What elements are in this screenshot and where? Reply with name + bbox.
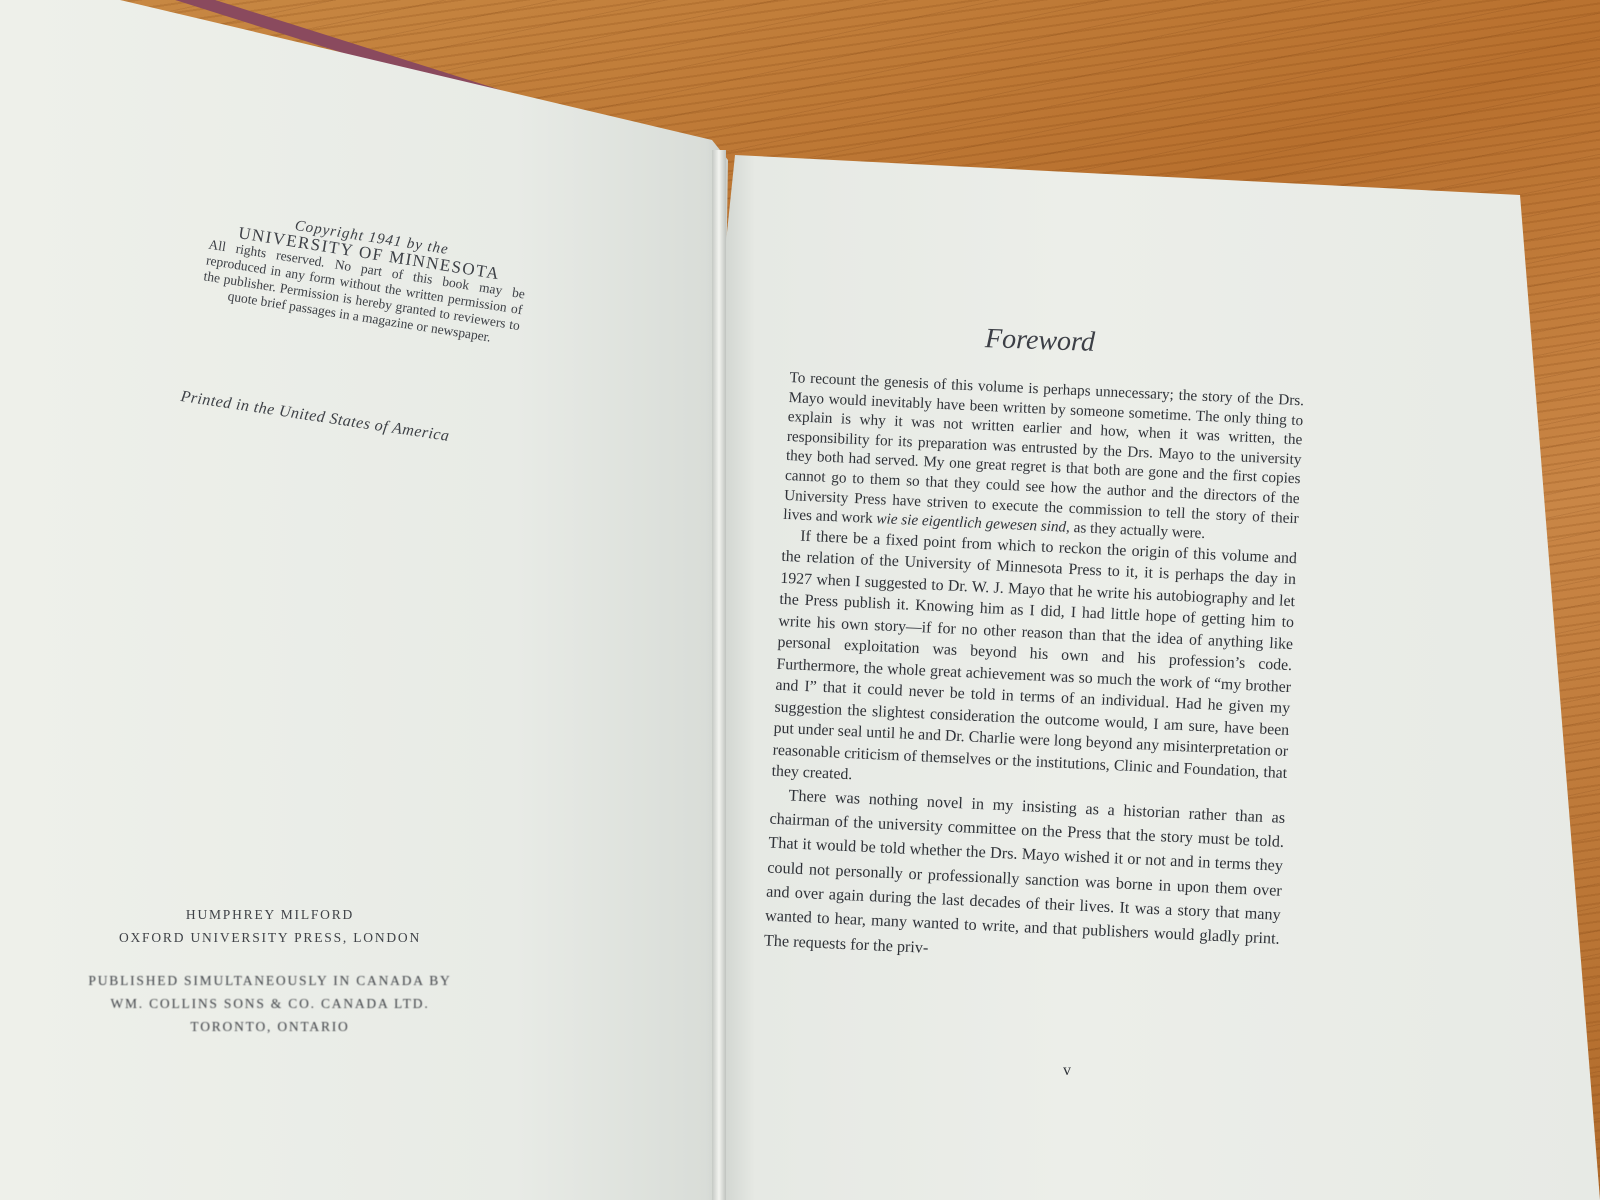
book-gutter (712, 150, 726, 1200)
canada-line: PUBLISHED SIMULTANEOUSLY IN CANADA BY (30, 969, 510, 992)
imprint-line: OXFORD UNIVERSITY PRESS, LONDON (30, 926, 510, 949)
imprint-line: HUMPHREY MILFORD (30, 903, 510, 926)
paragraph: There was nothing novel in my insisting … (763, 782, 1285, 975)
paragraph: If there be a fixed point from which to … (771, 525, 1297, 806)
publisher-imprint: HUMPHREY MILFORD OXFORD UNIVERSITY PRESS… (30, 903, 510, 1038)
canada-line: WM. COLLINS SONS & CO. CANADA LTD. (30, 992, 510, 1015)
canada-line: TORONTO, ONTARIO (30, 1015, 510, 1038)
paragraph: To recount the genesis of this volume is… (783, 368, 1305, 548)
chapter-title: Foreword (984, 323, 1095, 359)
foreword-body: To recount the genesis of this volume is… (763, 368, 1304, 976)
page-number: v (1063, 1062, 1071, 1080)
